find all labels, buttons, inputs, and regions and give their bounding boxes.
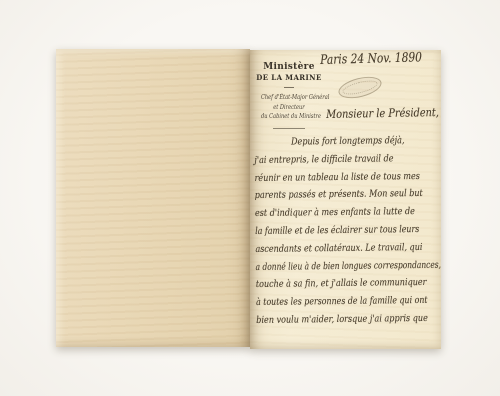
letter-photo: Ministère DE LA MARINE Chef d'État-Major… <box>0 0 500 396</box>
role-line: et Directeur <box>261 103 317 113</box>
body-line: j'ai entrepris, le difficile travail de <box>254 150 410 170</box>
letterhead-ministry: Ministère <box>256 62 322 73</box>
letterhead: Ministère DE LA MARINE Chef d'État-Major… <box>256 62 322 129</box>
letterhead-divider <box>273 128 305 129</box>
body-line: Depuis fort longtemps déjà, <box>254 132 410 152</box>
salutation: Monsieur le Président, <box>326 105 439 121</box>
body-line: touche à sa fin, et j'allais le communiq… <box>256 274 412 294</box>
body-line: ascendants et collatéraux. Le travail, q… <box>255 239 411 259</box>
letterhead-department: DE LA MARINE <box>256 73 322 83</box>
letter-body: Depuis fort longtemps déjà, j'ai entrepr… <box>254 132 442 330</box>
body-line: à toutes les personnes de la famille qui… <box>256 292 409 312</box>
dateline-handwritten: Paris 24 Nov. 1890 <box>320 50 422 68</box>
body-line: la famille et de les éclairer sur tous l… <box>255 221 408 241</box>
body-line: parents passés et présents. Mon seul but <box>255 185 411 205</box>
role-line: du Cabinet du Ministre <box>261 112 317 122</box>
body-line: est d'indiquer à mes enfants la lutte de <box>255 203 411 223</box>
blank-verso-page <box>56 49 250 347</box>
role-line: Chef d'État-Major Général <box>261 93 317 103</box>
letterhead-divider <box>284 87 294 88</box>
letterhead-roles: Chef d'État-Major Général et Directeur d… <box>256 93 322 122</box>
body-line: a donné lieu à de bien longues correspon… <box>256 257 401 277</box>
body-line: bien voulu m'aider, lorsque j'ai appris … <box>256 310 412 330</box>
oval-stamp-icon <box>336 73 383 102</box>
letter-recto-page: Ministère DE LA MARINE Chef d'État-Major… <box>250 50 441 349</box>
body-line: réunir en un tableau la liste de tous me… <box>254 168 410 188</box>
